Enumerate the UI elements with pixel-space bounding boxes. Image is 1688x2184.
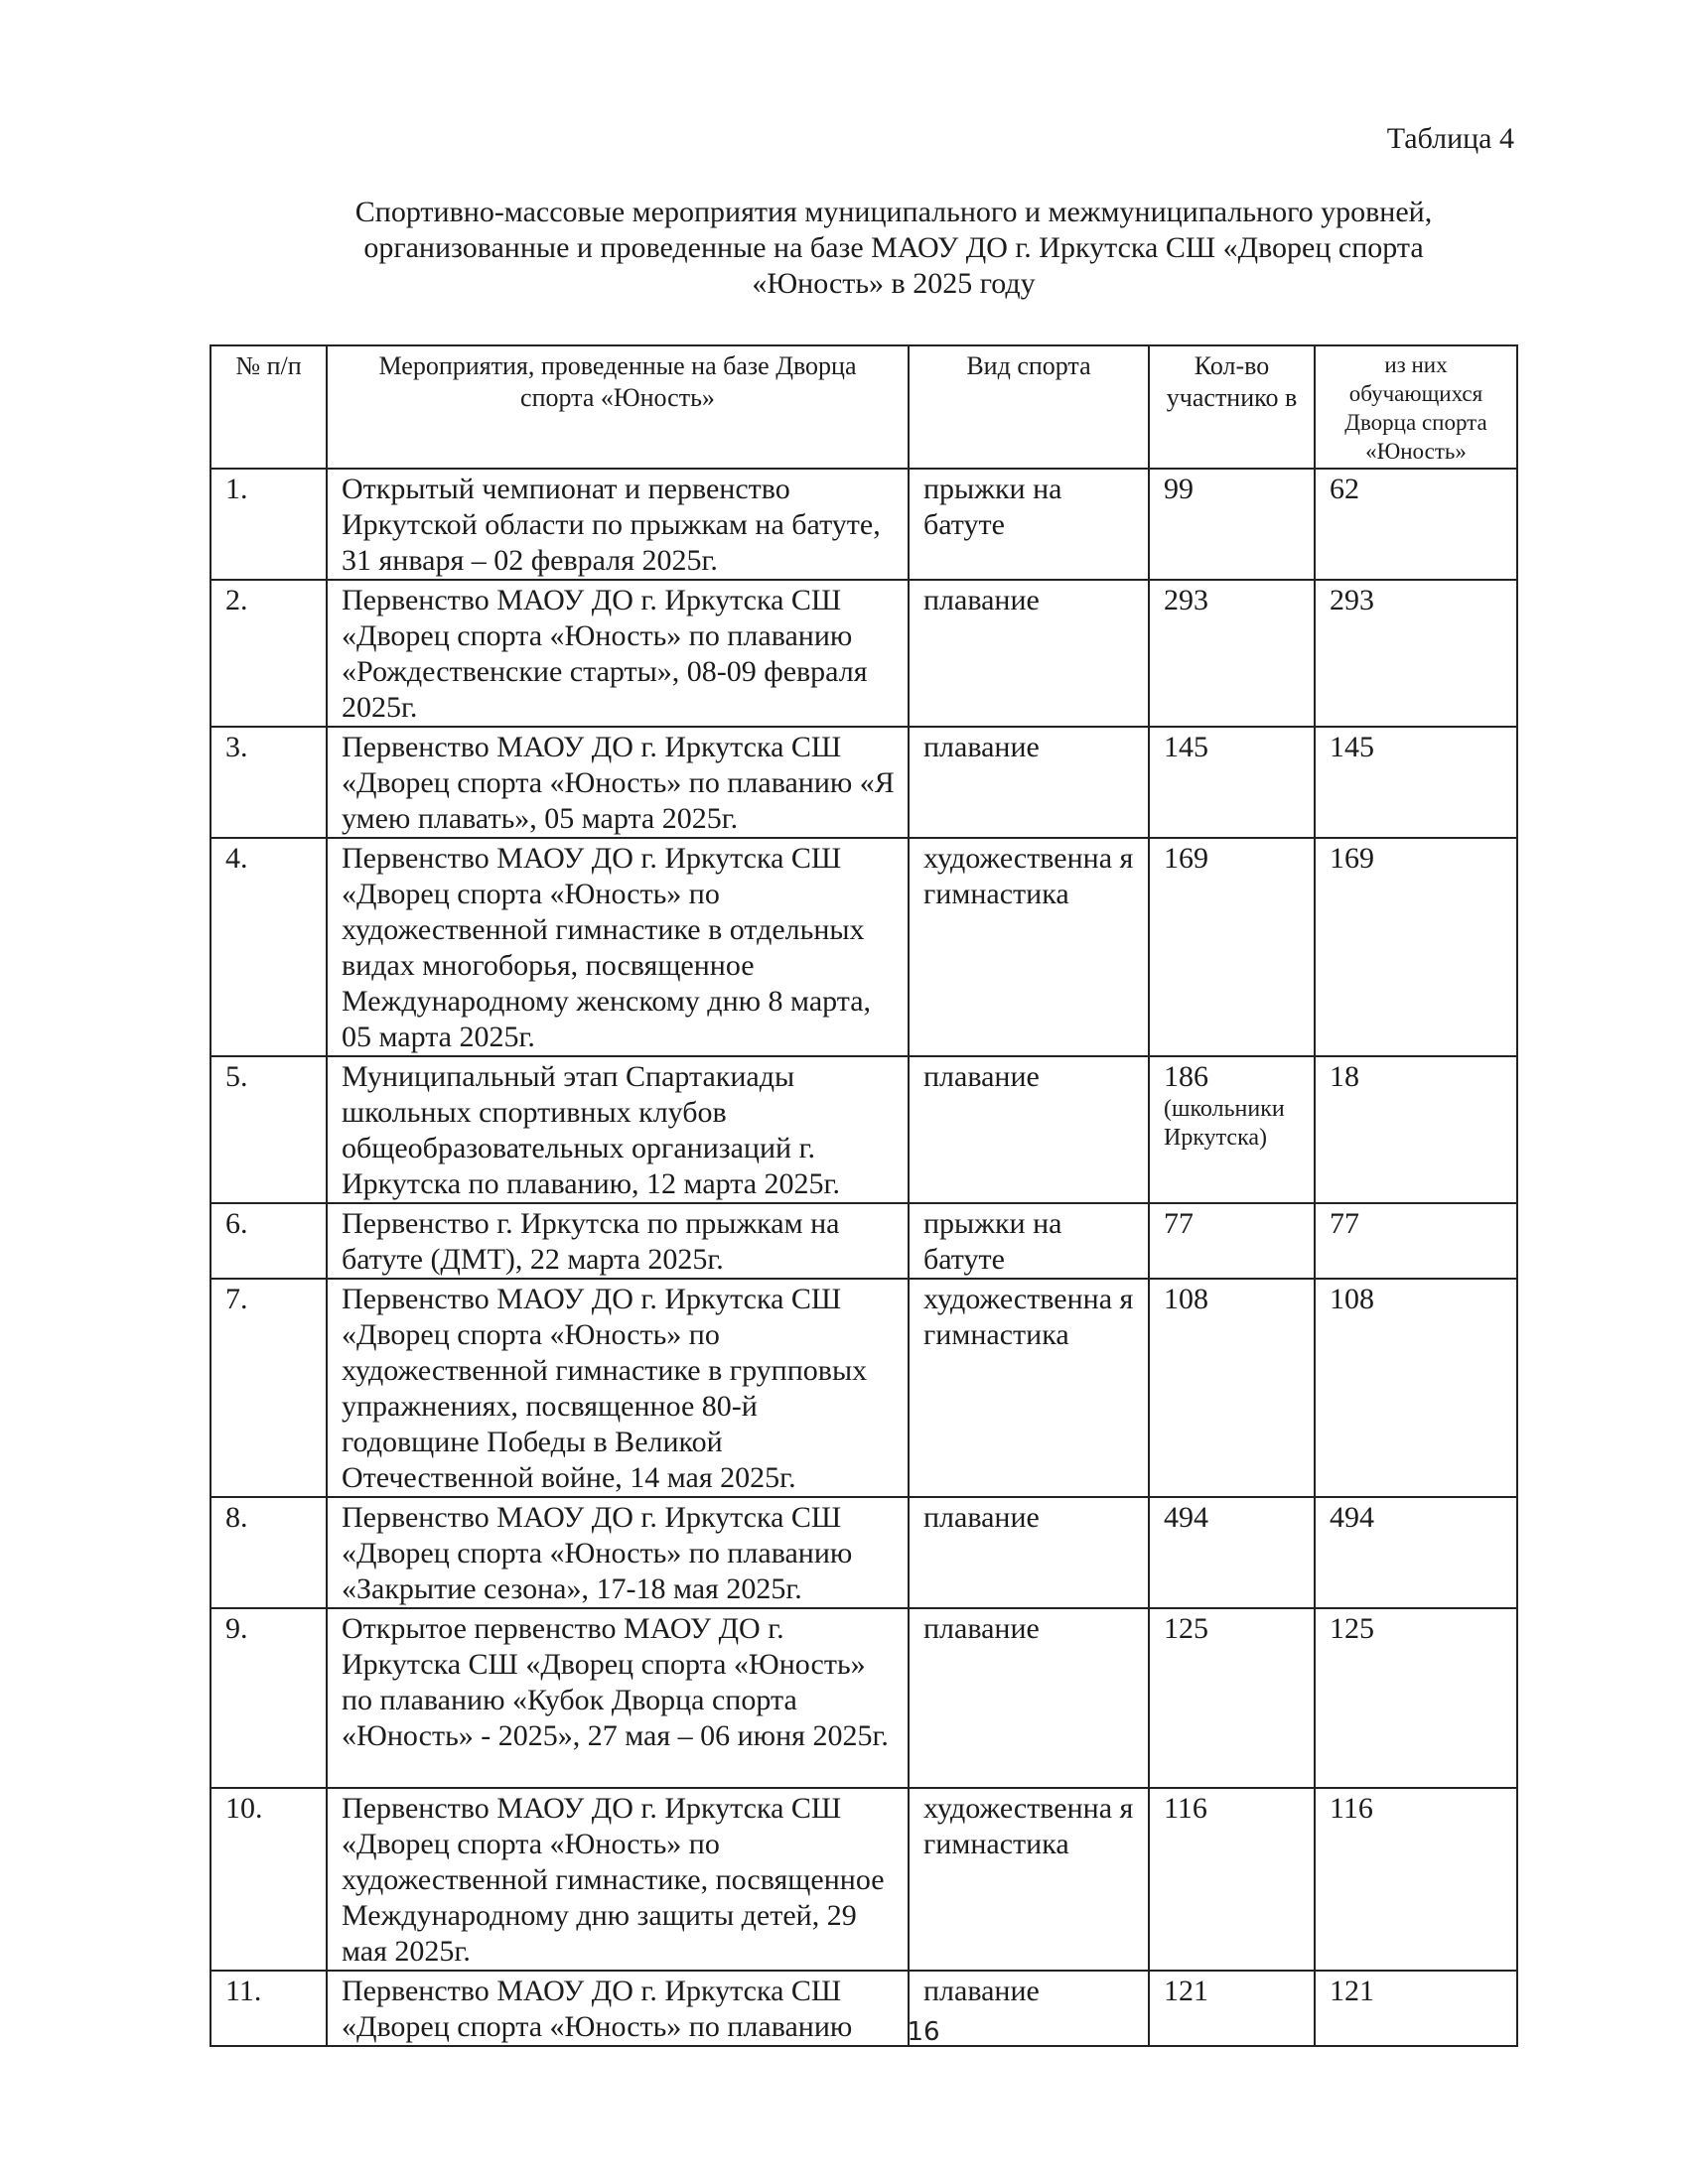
students-count: 494 [1315,1497,1517,1608]
students-count: 125 [1315,1608,1517,1788]
participants-value: 77 [1164,1207,1194,1240]
students-count: 62 [1315,469,1517,580]
table-row: 6. Первенство г. Иркутска по прыжкам на … [211,1203,1517,1279]
participants-count: 145 [1149,727,1315,838]
participants-value: 169 [1164,842,1208,875]
participants-note: (школьники Иркутска) [1164,1095,1304,1153]
sport-type: художественна я гимнастика [909,838,1149,1056]
participants-value: 108 [1164,1283,1208,1315]
event-name: Первенство МАОУ ДО г. Иркутска СШ «Дворе… [327,580,909,727]
sport-type: художественна я гимнастика [909,1788,1149,1971]
table-row: 7. Первенство МАОУ ДО г. Иркутска СШ «Дв… [211,1279,1517,1497]
sport-type: прыжки на батуте [909,469,1149,580]
event-name: Первенство МАОУ ДО г. Иркутска СШ «Дворе… [327,838,909,1056]
participants-value: 121 [1164,1975,1208,2007]
table-row: 4. Первенство МАОУ ДО г. Иркутска СШ «Дв… [211,838,1517,1056]
sport-type: художественна я гимнастика [909,1279,1149,1497]
page-number: 16 [0,2017,1688,2047]
sport-type: плавание [909,1497,1149,1608]
participants-value: 145 [1164,731,1208,763]
participants-count: 169 [1149,838,1315,1056]
participants-count: 116 [1149,1788,1315,1971]
participants-value: 116 [1164,1792,1207,1825]
participants-count: 77 [1149,1203,1315,1279]
event-name: Открытое первенство МАОУ ДО г. Иркутска … [327,1608,909,1788]
event-name: Первенство МАОУ ДО г. Иркутска СШ «Дворе… [327,727,909,838]
participants-value: 186 [1164,1060,1208,1093]
row-number: 9. [211,1608,327,1788]
header-sport: Вид спорта [909,345,1149,469]
row-number: 8. [211,1497,327,1608]
participants-count: 108 [1149,1279,1315,1497]
table-row: 1. Открытый чемпионат и первенство Иркут… [211,469,1517,580]
event-name: Муниципальный этап Спартакиады школьных … [327,1056,909,1203]
header-participants: Кол-во участнико в [1149,345,1315,469]
row-number: 10. [211,1788,327,1971]
event-name: Первенство МАОУ ДО г. Иркутска СШ «Дворе… [327,1788,909,1971]
event-name: Открытый чемпионат и первенство Иркутско… [327,469,909,580]
title-line: организованные и проведенные на базе МАО… [298,230,1489,266]
students-count: 18 [1315,1056,1517,1203]
event-name: Первенство г. Иркутска по прыжкам на бат… [327,1203,909,1279]
students-count: 145 [1315,727,1517,838]
sport-type: прыжки на батуте [909,1203,1149,1279]
row-number: 2. [211,580,327,727]
sport-type: плавание [909,727,1149,838]
table-row: 5. Муниципальный этап Спартакиады школьн… [211,1056,1517,1203]
table-header-row: № п/п Мероприятия, проведенные на базе Д… [211,345,1517,469]
participants-count: 186 (школьники Иркутска) [1149,1056,1315,1203]
event-name: Первенство МАОУ ДО г. Иркутска СШ «Дворе… [327,1497,909,1608]
participants-value: 494 [1164,1501,1208,1534]
title-line: Спортивно-массовые мероприятия муниципал… [298,195,1489,230]
students-count: 77 [1315,1203,1517,1279]
participants-value: 293 [1164,584,1208,616]
students-count: 116 [1315,1788,1517,1971]
event-name: Первенство МАОУ ДО г. Иркутска СШ «Дворе… [327,1279,909,1497]
table-label: Таблица 4 [1387,121,1514,157]
table-row: 10. Первенство МАОУ ДО г. Иркутска СШ «Д… [211,1788,1517,1971]
row-number: 1. [211,469,327,580]
table-row: 9. Открытое первенство МАОУ ДО г. Иркутс… [211,1608,1517,1788]
participants-count: 293 [1149,580,1315,727]
header-number: № п/п [211,345,327,469]
table-row: 3. Первенство МАОУ ДО г. Иркутска СШ «Дв… [211,727,1517,838]
participants-value: 99 [1164,473,1194,505]
sport-type: плавание [909,580,1149,727]
row-number: 3. [211,727,327,838]
students-count: 293 [1315,580,1517,727]
header-event: Мероприятия, проведенные на базе Дворца … [327,345,909,469]
table-row: 8. Первенство МАОУ ДО г. Иркутска СШ «Дв… [211,1497,1517,1608]
row-number: 4. [211,838,327,1056]
students-count: 108 [1315,1279,1517,1497]
sport-type: плавание [909,1608,1149,1788]
row-number: 7. [211,1279,327,1497]
participants-count: 125 [1149,1608,1315,1788]
events-table: № п/п Мероприятия, проведенные на базе Д… [210,344,1518,2047]
table-row: 2. Первенство МАОУ ДО г. Иркутска СШ «Дв… [211,580,1517,727]
students-count: 169 [1315,838,1517,1056]
row-number: 5. [211,1056,327,1203]
row-number: 6. [211,1203,327,1279]
participants-count: 494 [1149,1497,1315,1608]
participants-value: 125 [1164,1612,1208,1645]
participants-count: 99 [1149,469,1315,580]
document-title: Спортивно-массовые мероприятия муниципал… [298,195,1489,302]
title-line: «Юность» в 2025 году [298,266,1489,302]
header-students: из них обучающихся Дворца спорта «Юность… [1315,345,1517,469]
sport-type: плавание [909,1056,1149,1203]
